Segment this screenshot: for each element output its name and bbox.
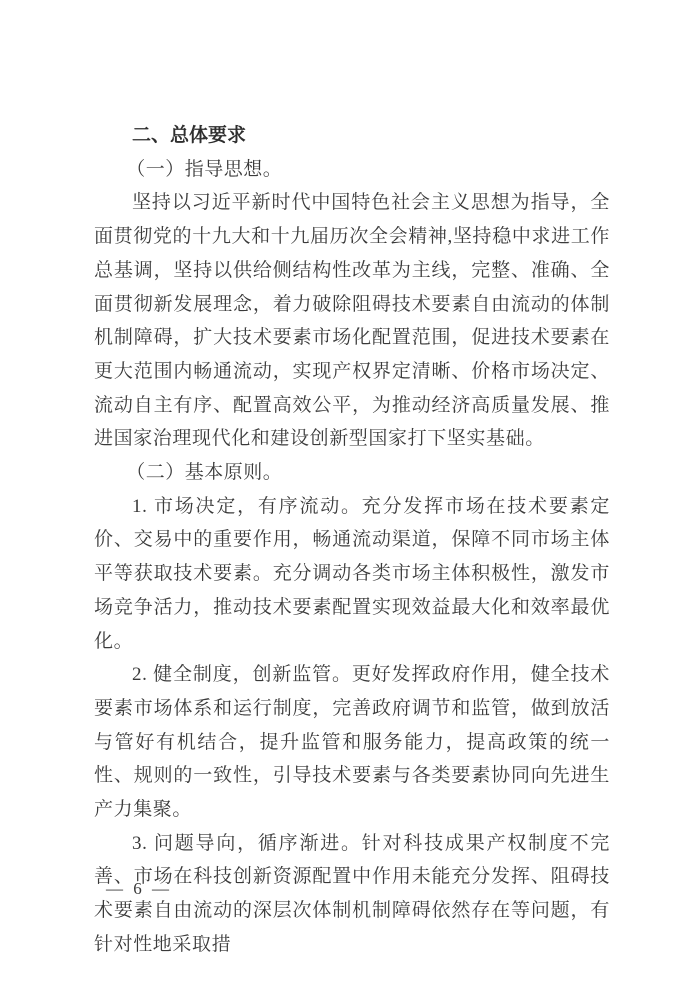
subheading-basic-principles: （二）基本原则。 [94,456,610,490]
paragraph-principle-2-sound-institutions: 2. 健全制度，创新监管。更好发挥政府作用，健全技术要素市场体系和运行制度，完善… [94,658,610,827]
document-page: 二、总体要求 （一）指导思想。 坚持以习近平新时代中国特色社会主义思想为指导，全… [0,0,700,989]
paragraph-guiding-ideology: 坚持以习近平新时代中国特色社会主义思想为指导，全面贯彻党的十九大和十九届历次全会… [94,186,610,456]
document-body: 二、总体要求 （一）指导思想。 坚持以习近平新时代中国特色社会主义思想为指导，全… [94,0,610,962]
page-number: — 6 — [106,879,172,899]
section-heading: 二、总体要求 [94,119,610,153]
paragraph-principle-1-market-decides: 1. 市场决定，有序流动。充分发挥市场在技术要素定价、交易中的重要作用，畅通流动… [94,490,610,659]
subheading-guiding-ideology: （一）指导思想。 [94,153,610,187]
